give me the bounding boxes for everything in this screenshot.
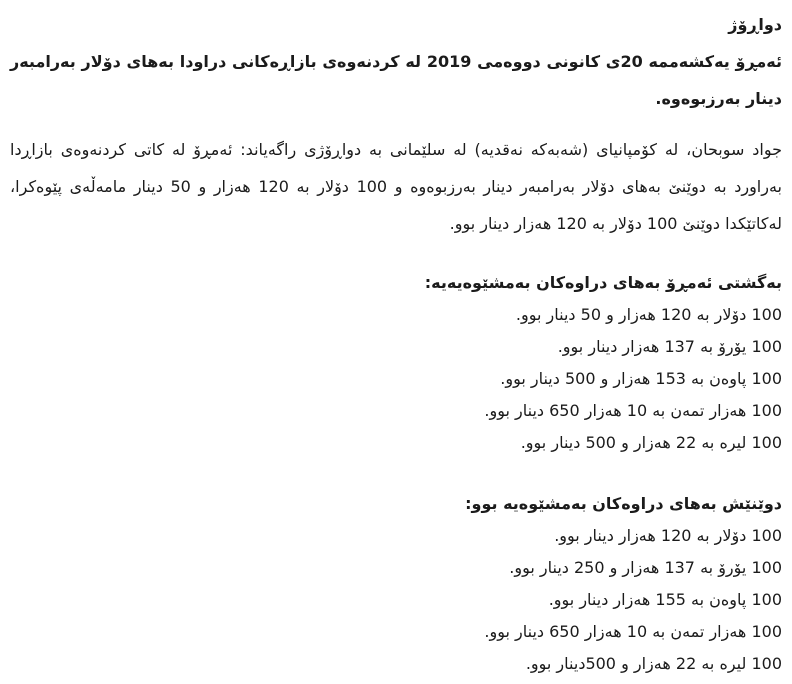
news-article: دواڕۆژ ئەمڕۆ یەکشەممە 20ی کانونی دووەمی …: [0, 0, 792, 680]
today-rates-heading: بەگشتی ئەمڕۆ بەهای دراوەکان بەمشێوەیەیە:: [10, 266, 782, 299]
today-rate-dollar: 100 دۆلار بە 120 هەزار و 50 دینار بوو.: [10, 299, 782, 331]
yesterday-rate-toman: 100 هەزار تمەن بە 10 هەزار 650 دینار بوو…: [10, 616, 782, 648]
headline: ئەمڕۆ یەکشەممە 20ی کانونی دووەمی 2019 لە…: [10, 43, 782, 117]
today-rate-pound: 100 پاوەن بە 153 هەزار و 500 دینار بوو.: [10, 363, 782, 395]
yesterday-rate-pound: 100 پاوەن بە 155 هەزار دینار بوو.: [10, 584, 782, 616]
yesterday-rate-dollar: 100 دۆلار بە 120 هەزار دینار بوو.: [10, 520, 782, 552]
yesterday-rate-euro: 100 یۆرۆ بە 137 هەزار و 250 دینار بوو.: [10, 552, 782, 584]
lead-paragraph: جواد سوبحان، لە کۆمپانیای (شەبەکە نەقدیە…: [10, 131, 782, 242]
yesterday-rates-section: دوێنێش بەهای دراوەکان بەمشێوەیە بوو: 100…: [10, 487, 782, 680]
yesterday-rate-lira: 100 لیرە بە 22 هەزار و 500دینار بوو.: [10, 648, 782, 680]
today-rates-section: بەگشتی ئەمڕۆ بەهای دراوەکان بەمشێوەیەیە:…: [10, 266, 782, 459]
today-rate-lira: 100 لیرە بە 22 هەزار و 500 دینار بوو.: [10, 427, 782, 459]
yesterday-rates-heading: دوێنێش بەهای دراوەکان بەمشێوەیە بوو:: [10, 487, 782, 520]
today-rate-euro: 100 یۆرۆ بە 137 هەزار دینار بوو.: [10, 331, 782, 363]
today-rate-toman: 100 هەزار تمەن بە 10 هەزار 650 دینار بوو…: [10, 395, 782, 427]
source-name: دواڕۆژ: [10, 6, 782, 43]
headline-block: دواڕۆژ ئەمڕۆ یەکشەممە 20ی کانونی دووەمی …: [10, 6, 782, 117]
